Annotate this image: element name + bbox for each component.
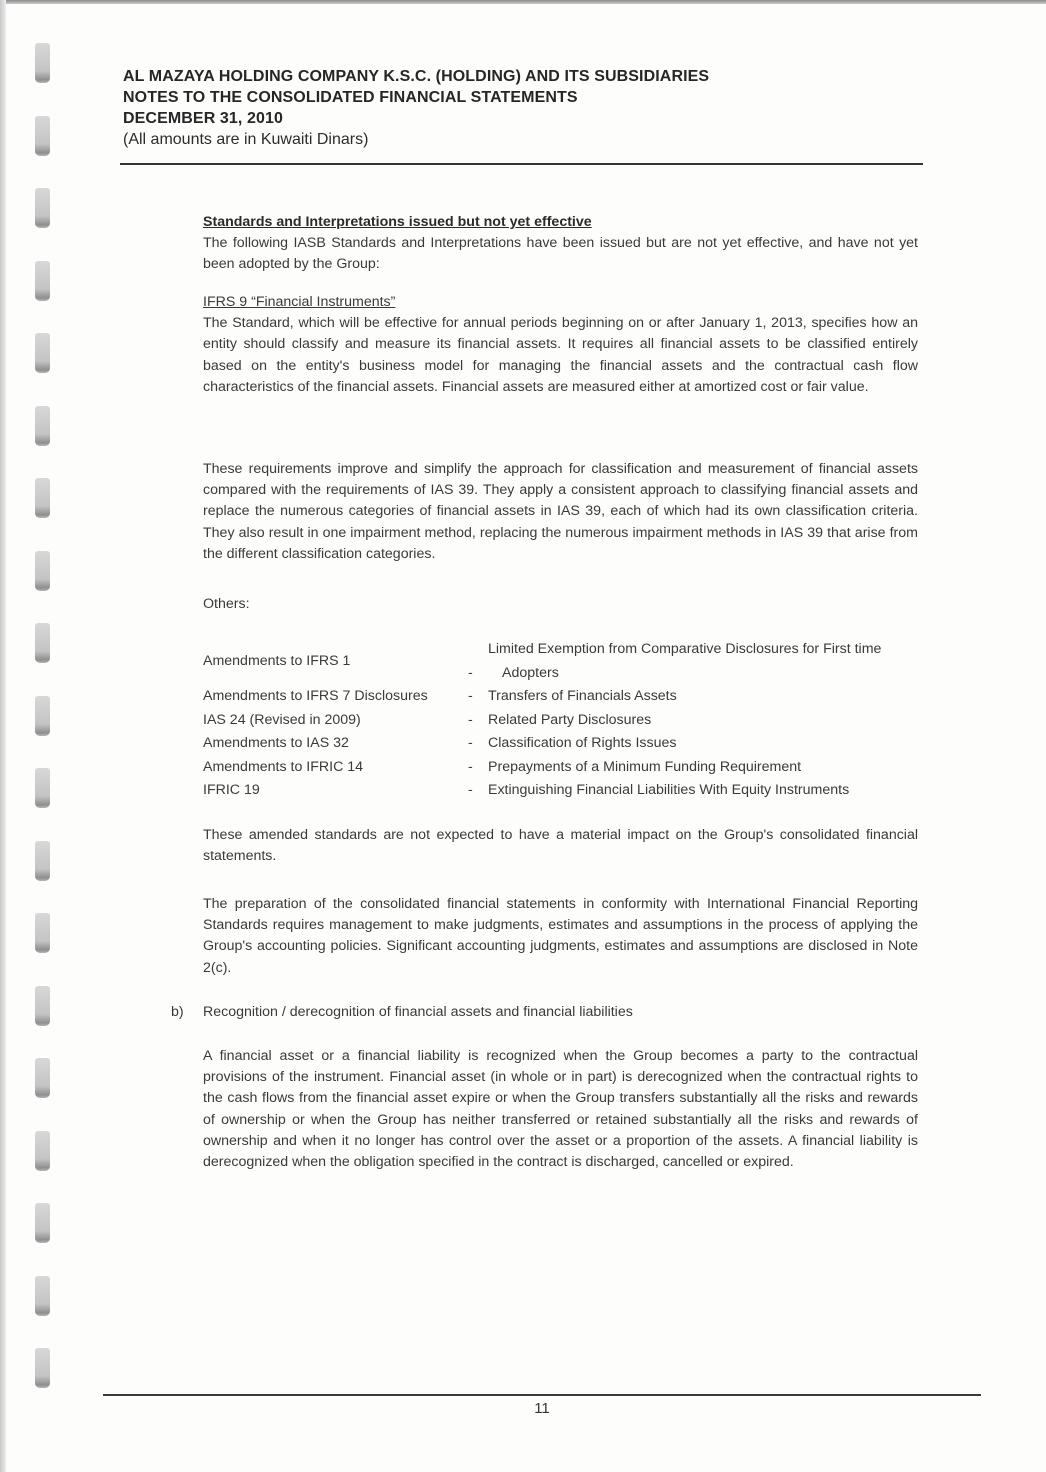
standard-description-line1: Limited Exemption from Comparative Discl…	[488, 638, 933, 662]
section-heading: Standards and Interpretations issued but…	[203, 212, 918, 233]
separator-dash: -	[468, 732, 488, 756]
standard-description: Limited Exemption from Comparative Discl…	[488, 638, 933, 685]
standard-description: Classification of Rights Issues	[488, 732, 933, 756]
others-row: Amendments to IFRIC 14 - Prepayments of …	[203, 756, 933, 780]
others-table: Amendments to IFRS 1 - Limited Exemption…	[203, 638, 933, 803]
ifrs9-heading: IFRS 9 “Financial Instruments”	[203, 292, 918, 313]
binding-hole	[35, 261, 50, 301]
binding-hole	[35, 43, 50, 83]
standard-name: Amendments to IFRIC 14	[203, 756, 468, 780]
binding-hole	[35, 986, 50, 1026]
binding-hole	[35, 333, 50, 373]
ifrs9-paragraph-2: These requirements improve and simplify …	[203, 459, 918, 565]
page-number: 11	[0, 1400, 1046, 1417]
separator-dash: -	[468, 756, 488, 780]
standard-name: IFRIC 19	[203, 779, 468, 803]
binding-hole	[35, 1348, 50, 1388]
others-label: Others:	[203, 594, 918, 615]
standard-description: Prepayments of a Minimum Funding Require…	[488, 756, 933, 780]
section-b-heading-block: Recognition / derecognition of financial…	[203, 1002, 918, 1023]
document-header: AL MAZAYA HOLDING COMPANY K.S.C. (HOLDIN…	[123, 66, 923, 150]
standard-name: Amendments to IAS 32	[203, 732, 468, 756]
ifrs9-paragraph-2-block: These requirements improve and simplify …	[203, 459, 918, 565]
preparation-block: The preparation of the consolidated fina…	[203, 894, 918, 979]
section-b-body: A financial asset or a financial liabili…	[203, 1046, 918, 1173]
company-name: AL MAZAYA HOLDING COMPANY K.S.C. (HOLDIN…	[123, 66, 923, 87]
others-row: Amendments to IFRS 7 Disclosures - Trans…	[203, 685, 933, 709]
binding-hole	[35, 913, 50, 953]
standards-section: Standards and Interpretations issued but…	[203, 212, 918, 276]
binding-hole	[35, 1131, 50, 1171]
conclusion-paragraph: These amended standards are not expected…	[203, 825, 918, 867]
separator-dash: -	[468, 709, 488, 733]
statement-date: DECEMBER 31, 2010	[123, 108, 923, 129]
others-row: IFRIC 19 - Extinguishing Financial Liabi…	[203, 779, 933, 803]
page-left-edge	[0, 0, 6, 1472]
others-row: IAS 24 (Revised in 2009) - Related Party…	[203, 709, 933, 733]
binding-hole	[35, 1203, 50, 1243]
binding-hole	[35, 406, 50, 446]
others-label-block: Others:	[203, 594, 918, 615]
standard-description: Transfers of Financials Assets	[488, 685, 933, 709]
binding-hole	[35, 116, 50, 156]
standard-name: IAS 24 (Revised in 2009)	[203, 709, 468, 733]
standard-description: Extinguishing Financial Liabilities With…	[488, 779, 933, 803]
conclusion-block: These amended standards are not expected…	[203, 825, 918, 867]
footer-divider	[103, 1394, 981, 1396]
binding-hole	[35, 551, 50, 591]
separator-dash: -	[468, 779, 488, 803]
binding-hole	[35, 841, 50, 881]
binding-hole	[35, 188, 50, 228]
header-divider	[120, 163, 923, 165]
separator-dash: -	[468, 638, 488, 685]
others-row: Amendments to IFRS 1 - Limited Exemption…	[203, 638, 933, 685]
binding-hole	[35, 478, 50, 518]
page-top-edge	[0, 0, 1046, 4]
others-row: Amendments to IAS 32 - Classification of…	[203, 732, 933, 756]
currency-note: (All amounts are in Kuwaiti Dinars)	[123, 129, 923, 150]
standard-name: Amendments to IFRS 1	[203, 638, 468, 685]
document-title: NOTES TO THE CONSOLIDATED FINANCIAL STAT…	[123, 87, 923, 108]
intro-paragraph: The following IASB Standards and Interpr…	[203, 233, 918, 275]
section-b-marker: b)	[171, 1002, 184, 1023]
section-b-paragraph: A financial asset or a financial liabili…	[203, 1046, 918, 1173]
standard-name: Amendments to IFRS 7 Disclosures	[203, 685, 468, 709]
standard-description: Related Party Disclosures	[488, 709, 933, 733]
binding-hole	[35, 768, 50, 808]
ifrs9-paragraph-1: The Standard, which will be effective fo…	[203, 313, 918, 398]
binding-hole	[35, 696, 50, 736]
binding-hole	[35, 1058, 50, 1098]
section-b-heading: Recognition / derecognition of financial…	[203, 1002, 918, 1023]
binding-hole	[35, 623, 50, 663]
ifrs9-block: IFRS 9 “Financial Instruments” The Stand…	[203, 292, 918, 398]
standard-description-line2: Adopters	[488, 662, 933, 686]
preparation-paragraph: The preparation of the consolidated fina…	[203, 894, 918, 979]
binding-hole	[35, 1276, 50, 1316]
separator-dash: -	[468, 685, 488, 709]
